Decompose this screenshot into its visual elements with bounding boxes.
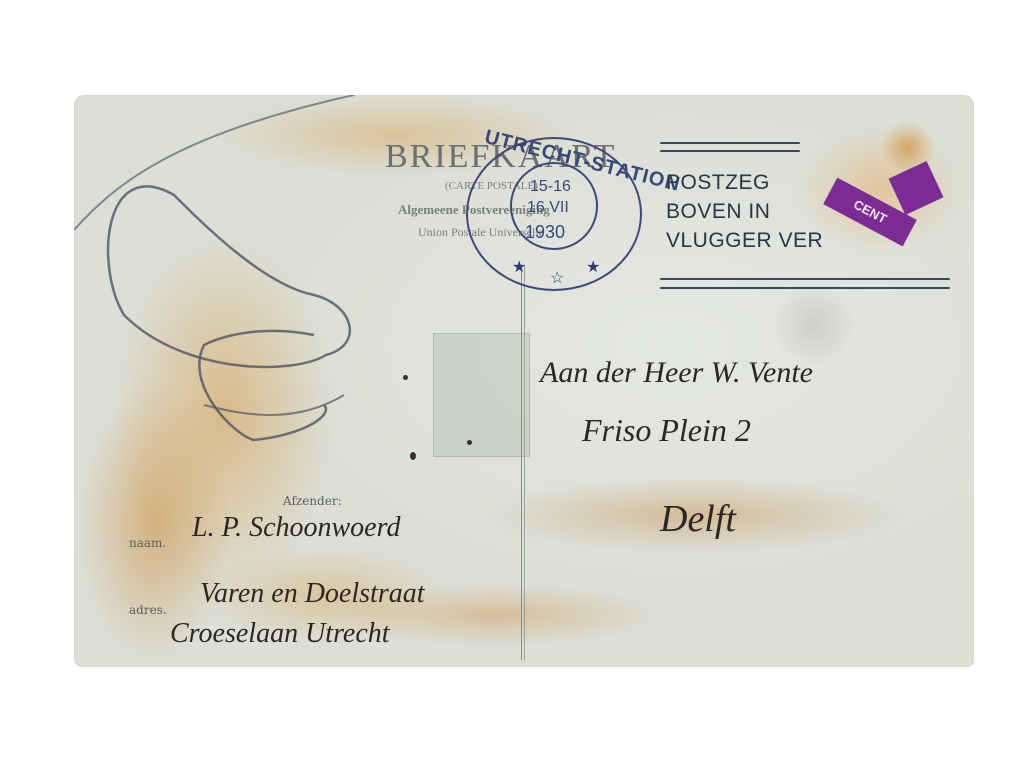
postmark-time: 15-16 <box>530 178 571 196</box>
sender-heading: Afzender: <box>283 494 342 508</box>
recipient-street: Friso Plein 2 <box>582 412 751 449</box>
cancel-wave-line <box>660 287 950 289</box>
postmark-date: 16 VII <box>527 199 569 217</box>
sender-address-line2: Croeselaan Utrecht <box>170 618 390 650</box>
star-icon: ★ <box>586 257 600 277</box>
sender-name: L. P. Schoonwoerd <box>192 512 400 544</box>
recipient-city: Delft <box>660 497 736 541</box>
cancel-wave-line <box>660 150 800 152</box>
adhesive-tape-residue <box>433 333 530 457</box>
slogan-line: VLUGGER VER <box>666 226 823 255</box>
ink-dot <box>403 375 408 380</box>
sender-address-line1: Varen en Doelstraat <box>200 578 425 610</box>
star-icon: ★ <box>512 257 526 277</box>
cancel-wave-line <box>660 278 950 280</box>
cancel-wave-line <box>660 142 800 144</box>
name-label: naam. <box>129 536 166 550</box>
star-outline-icon: ☆ <box>550 268 564 288</box>
address-divider-line <box>521 265 522 660</box>
ink-dot <box>410 452 416 460</box>
address-label: adres. <box>129 603 167 617</box>
recipient-name: Aan der Heer W. Vente <box>540 356 813 390</box>
ink-dot <box>467 440 472 445</box>
postmark-year: 1930 <box>525 222 565 243</box>
